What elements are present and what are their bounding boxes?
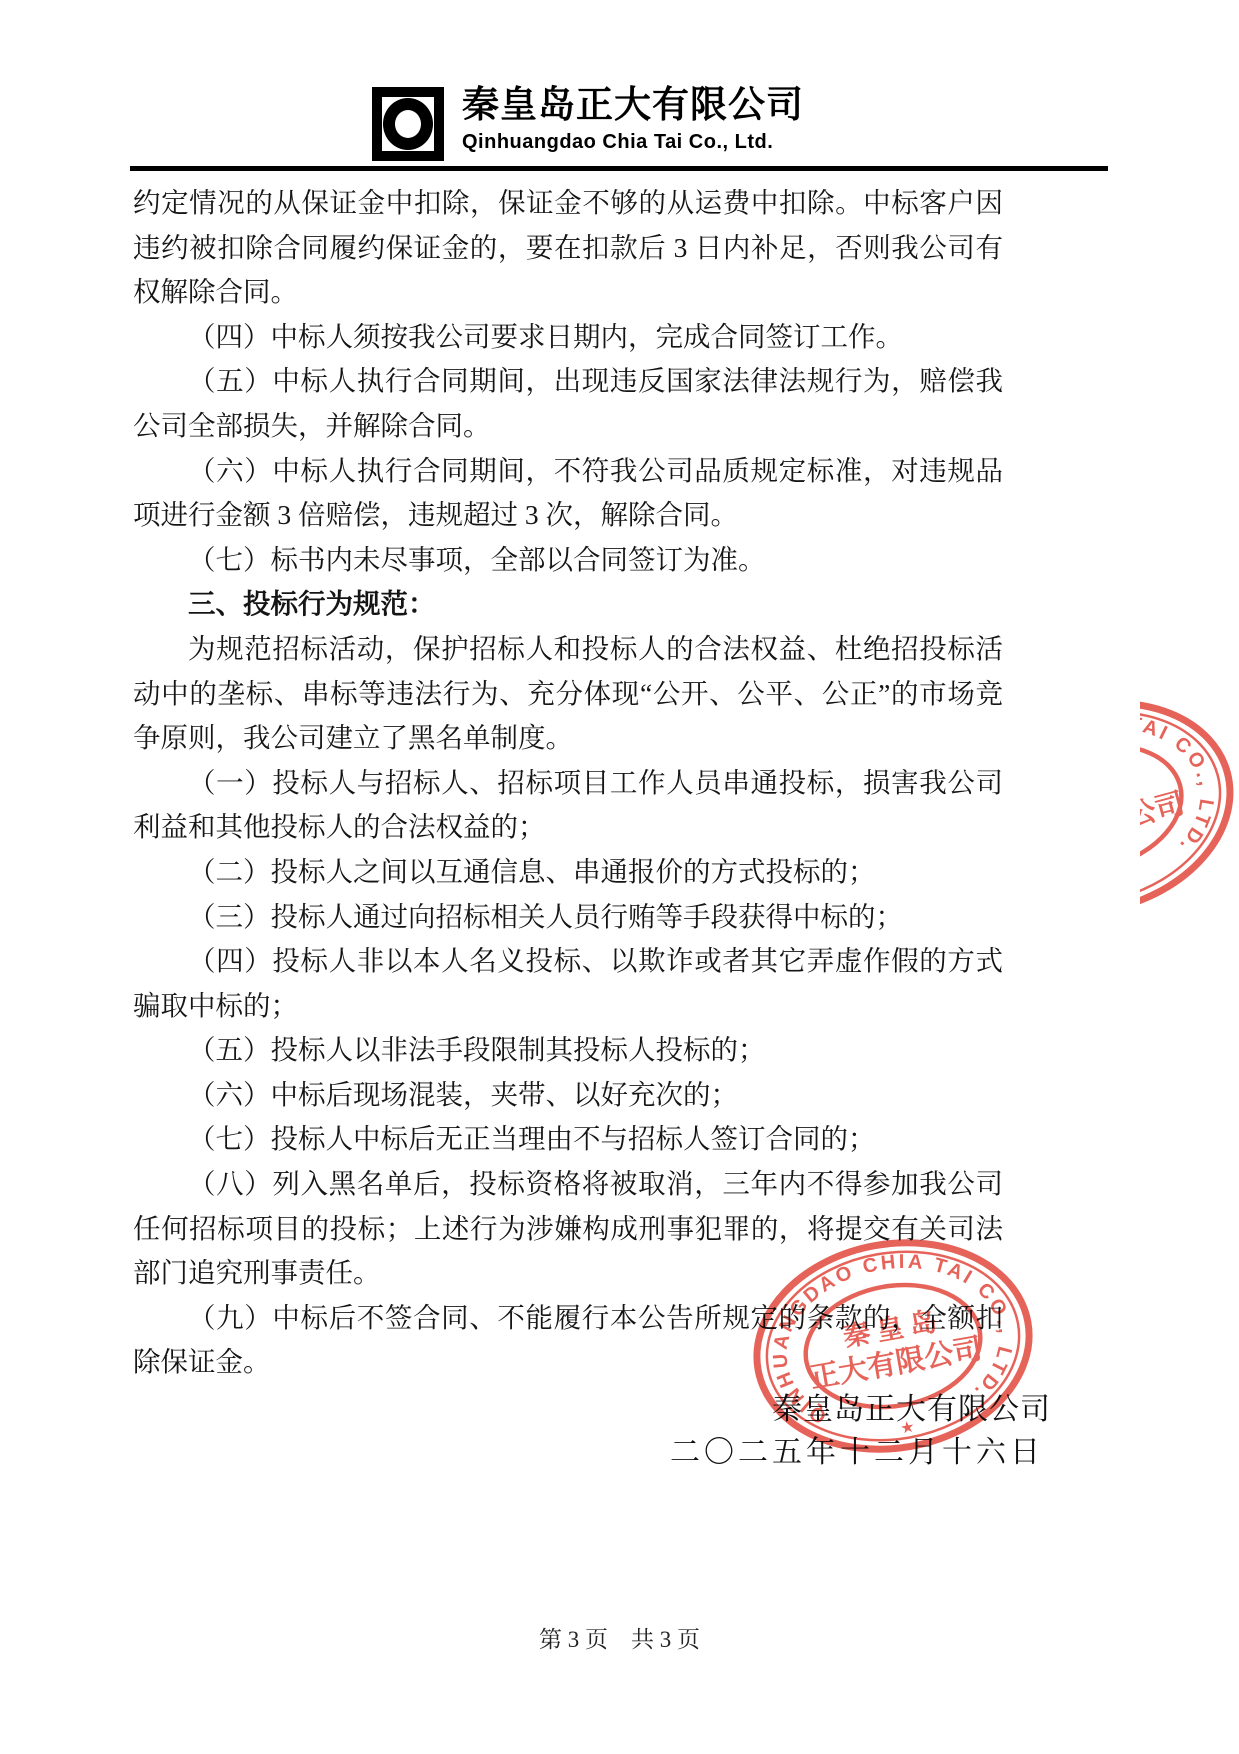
company-stamp-seal: QINHUANGDAO CHIA TAI CO., LTD. 秦 皇 岛 正大有… (1140, 697, 1239, 921)
document-page: 秦皇岛正大有限公司 Qinhuangdao Chia Tai Co., Ltd.… (0, 0, 1239, 1754)
header: 秦皇岛正大有限公司 Qinhuangdao Chia Tai Co., Ltd. (462, 84, 804, 154)
document-body: 约定情况的从保证金中扣除，保证金不够的从运费中扣除。中标客户因违约被扣除合同履约… (133, 181, 1003, 1385)
body-paragraph: 约定情况的从保证金中扣除，保证金不够的从运费中扣除。中标客户因违约被扣除合同履约… (133, 181, 1003, 315)
body-paragraph: （四）投标人非以本人名义投标、以欺诈或者其它弄虚作假的方式骗取中标的； (133, 939, 1003, 1028)
body-paragraph: （七）投标人中标后无正当理由不与招标人签订合同的； (133, 1117, 1003, 1162)
page-number: 第 3 页 共 3 页 (0, 1621, 1239, 1654)
body-paragraph: （七）标书内未尽事项，全部以合同签订为准。 (133, 538, 1003, 583)
body-paragraph: （一）投标人与招标人、招标项目工作人员串通投标，损害我公司利益和其他投标人的合法… (133, 761, 1003, 850)
body-paragraph: （六）中标后现场混装，夹带、以好充次的； (133, 1073, 1003, 1118)
company-name-zh: 秦皇岛正大有限公司 (462, 84, 804, 126)
body-paragraph: （四）中标人须按我公司要求日期内，完成合同签订工作。 (133, 315, 1003, 360)
body-paragraph: （三）投标人通过向招标相关人员行贿等手段获得中标的； (133, 895, 1003, 940)
section-heading: 三、投标行为规范： (133, 582, 1003, 627)
body-paragraph: （二）投标人之间以互通信息、串通报价的方式投标的； (133, 850, 1003, 895)
header-divider (130, 166, 1108, 171)
logo-ring-shape (383, 98, 433, 150)
body-paragraph: （五）中标人执行合同期间，出现违反国家法律法规行为，赔偿我公司全部损失，并解除合… (133, 359, 1003, 448)
company-name-en: Qinhuangdao Chia Tai Co., Ltd. (462, 131, 804, 154)
body-paragraph: 为规范招标活动，保护招标人和投标人的合法权益、杜绝招投标活动中的垄标、串标等违法… (133, 627, 1003, 761)
stamp-star-icon: ★ (899, 1417, 916, 1438)
body-paragraph: （六）中标人执行合同期间，不符我公司品质规定标准，对违规品项进行金额 3 倍赔偿… (133, 449, 1003, 538)
company-stamp-seal-clipped: QINHUANGDAO CHIA TAI CO., LTD. 秦 皇 岛 正大有… (1140, 697, 1239, 921)
company-logo-icon (372, 87, 444, 161)
body-paragraph: （五）投标人以非法手段限制其投标人投标的； (133, 1028, 1003, 1073)
